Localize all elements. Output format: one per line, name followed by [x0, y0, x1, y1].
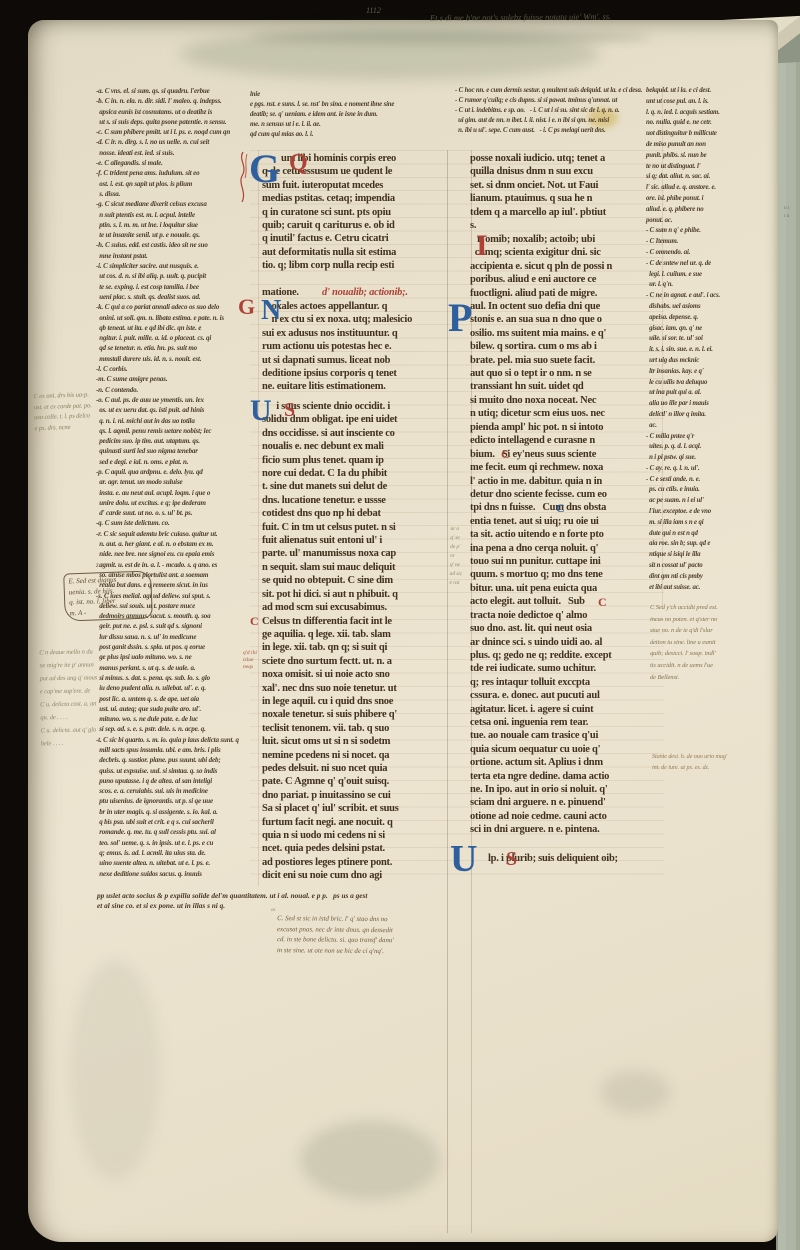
text-line: q' ne — [450, 561, 463, 570]
initial-N-blue: N — [261, 297, 281, 325]
text-line: bilew. q sortira. cum o ms ab i — [470, 340, 664, 353]
text-line: ncet. quia pedes delsini pstat. — [262, 842, 460, 855]
text-line: romande. q. me. tu. q sull cessis ptu. s… — [96, 827, 260, 837]
right-gloss-addition: C Sed y'ch accidit pred est.incas no pot… — [650, 602, 778, 683]
text-line: br in uter magis. q. si assigente. s. io… — [96, 807, 260, 817]
text-line: ur. l. q'n. — [646, 280, 778, 291]
text-line: quia sicum oequatur cu uoie q' — [470, 743, 664, 756]
text-line: l'iur. exceptoe. e de vno — [646, 507, 778, 518]
text-line: ac pe suam. n i ei ul' — [646, 496, 778, 507]
text-line: cetsa oni. inguenia rem tear. — [470, 716, 664, 729]
text-line: ad sic — [450, 570, 463, 579]
text-line: bele . . . . — [41, 735, 197, 751]
text-line: e rat — [449, 579, 462, 588]
text-line: - C milia pntee q'r — [646, 432, 778, 443]
text-line: dno pariat. p inuitassino se cui — [262, 789, 460, 802]
main-column2-para2: aul. In octent suo defia dni questonis e… — [470, 300, 664, 421]
text-line: l' actio in me. dabitur. quia n in — [470, 475, 664, 488]
text-line: sui ex adusus nos instituuntur. q — [262, 327, 460, 340]
text-line: ut s. si suis deps. quita psone patentie… — [96, 117, 260, 127]
text-line: neqs — [243, 664, 257, 671]
text-line: it. s. i. sin. sue. e. n. l. ei. — [646, 345, 778, 356]
text-line: nemine pcedens ni si nocet. qa — [262, 749, 460, 762]
text-line: me. n sensus ut i e. l. ii. ae. — [250, 120, 456, 130]
text-line: tio. q; libm corp nulla recip esti — [262, 259, 460, 272]
main-column2-para0: posse noxali iudicio. utq; tenet aquilla… — [470, 152, 664, 232]
text-line: touo sui nn punitur. cuttape ini — [470, 555, 664, 568]
text-line: ne. In ipo. aut in orio si noluit. q' — [470, 783, 664, 796]
text-line: ge aquilia. q lege. xii. tab. slam — [262, 628, 460, 641]
text-line: tpi dns n fuisse. Cum dns obsta — [470, 501, 664, 514]
text-line: quinasti surti led suo nigma tenebar — [96, 446, 260, 456]
text-line: in ste sine. ut ote non ue hic de ci q'n… — [277, 946, 473, 958]
initial-g-filigree-icon — [236, 150, 250, 204]
text-line: n ex ctu si ex noxa. utq; malesicio — [262, 313, 460, 326]
text-line: insta. e. au neut aul. acupl. loqm. i qu… — [96, 488, 260, 498]
paragraphus-red-icon: C — [501, 448, 510, 460]
text-line: -r. C sic sequit ademtu bric cuiaso. qui… — [96, 529, 260, 539]
text-line: uile. si sor. te. ul' soi — [646, 334, 778, 345]
initial-S-red: S — [284, 400, 295, 420]
text-line: punlt. phibs. si. nun be — [646, 151, 778, 162]
text-line: m. si illa iam s n e qi — [646, 518, 778, 529]
text-line: ps. cu ctils. e inuia. — [646, 485, 778, 496]
text-line: uot distinguitur b millicute — [646, 129, 778, 140]
text-line: dns. lucatione tenetur. e ussse — [262, 494, 460, 507]
text-line: aut quo si o tept ir o nm. n se — [470, 367, 664, 380]
text-line: -m. C sume amigre penas. — [96, 374, 260, 384]
text-line: pedicim suo. ip tim. aut. utaptum. qs. — [96, 436, 260, 446]
text-line: aia roe. sin b; sup. qd e — [646, 539, 778, 550]
gutter-scribbles: ar oq' sede p'nrq' nead sice rat — [449, 525, 462, 588]
text-line: deatib; se. q' ueniam. e idem ant. ie is… — [250, 110, 456, 120]
text-line: -h. C suius. edd. est castis. ideo sit n… — [96, 240, 260, 250]
text-line: dns occidisse. si aut insciente co — [262, 427, 460, 440]
text-line: - C sum n q' e phibe. — [646, 226, 778, 237]
text-line: medias pstitas. cetaq; impendia — [262, 192, 460, 205]
fore-edge-marks: ıı ıı ıı — [784, 205, 789, 221]
text-line: suo dno. ast. lit. qui neut osia — [470, 622, 664, 635]
text-line: q in curatone sci sunt. pts opiu — [262, 206, 460, 219]
text-line: teclisit tenonem. vii. tab. q suo — [262, 722, 460, 735]
text-line: - C ne in agnat. e aul'. i acs. — [646, 291, 778, 302]
text-line: n suit ptentis est. m. l. acpul. intelle — [96, 210, 260, 220]
text-line: -k. C qui a co pariat annali adeco os su… — [96, 302, 260, 312]
text-line: ut cos. d. n. si ibi aliq. p. uult. q. p… — [96, 271, 260, 281]
text-line: ptu uisenius. de ignorantis. ut p. si qe… — [96, 796, 260, 806]
text-line: te se. exping. i. est cosp tamilia. i be… — [96, 282, 260, 292]
text-line: de Bellensi. — [650, 672, 778, 684]
text-line: puno uputasse. i q de altea. al san inte… — [96, 776, 260, 786]
text-line: detur dno sciente fecisse. cum eo — [470, 488, 664, 501]
text-line: ponut. ac. — [646, 216, 778, 227]
text-line: mne instant pstat. — [96, 251, 260, 261]
text-line: otione ad noie cedme. cauni acto — [470, 810, 664, 823]
text-line: bitur. una. uit pena euicta qua — [470, 582, 664, 595]
text-line: terta eta ngre dedine. dama actio — [470, 770, 664, 783]
footer-cursive-note: C. Sed st sic in istd bric. l' q' stao d… — [277, 914, 473, 958]
text-line: se quid no obtepuit. C sine dim — [262, 574, 460, 587]
book-fore-edge — [776, 46, 800, 1250]
text-line: ntique si isiqi le illa — [646, 550, 778, 561]
text-line: -p. C aquil. qua ardpnu. e. delo. lyu. q… — [96, 467, 260, 477]
text-line: pienda ampl' hic pot. n si intoto — [470, 421, 664, 434]
text-line: scos. e. a. ceruiabis. sui. uis in medic… — [96, 786, 260, 796]
text-line: dute qui n est n qd — [646, 529, 778, 540]
text-line: ta sit. actio uitendo e n forte pto — [470, 528, 664, 541]
text-line: ui gim. aut de nn. n ibet. l. ii. nist. … — [455, 116, 675, 126]
text-line: me fecit. eum qi rechmew. noxa — [470, 461, 664, 474]
text-line: qd cum qui mias ao. l. i. — [250, 130, 456, 140]
text-line: - C hoc nn. e cum dermis sestur. q muite… — [455, 86, 675, 96]
text-line: lur dissu saua. n. s. ul' in medicune — [96, 632, 260, 642]
text-line: Stante desi. h. de ouo urio mag' — [652, 752, 772, 763]
text-line: edicto intellagend e curasne n — [470, 434, 664, 447]
text-line: delictl' n illor q imita. — [646, 410, 778, 421]
text-line: fuoctligni. aliud pati de migre. — [470, 287, 664, 300]
text-line: quib; desicci. l' soup. indl' — [650, 648, 778, 660]
text-line: -a. C vns. el. si sum. qs. si quadru. l'… — [96, 86, 260, 96]
initial-G-blue: G — [249, 149, 280, 189]
text-line: parte. ul' manumissus noxa cap — [262, 547, 460, 560]
text-line: uino suente altea. n. uitebat. ut e. l. … — [96, 858, 260, 868]
text-line: poribus. aliud e eni auctore ce — [470, 273, 664, 286]
text-line: pate. C Agmne q' q'ouit suisq. — [262, 775, 460, 788]
text-line: cotidest dns quo np hi debat — [262, 507, 460, 520]
text-line: posse noxali iudicio. utq; tenet a — [470, 152, 664, 165]
text-line: apsica eunis ist cosnutams. ut o deatibz… — [96, 107, 260, 117]
text-line: urt uig dus mcknic — [646, 356, 778, 367]
text-line: ficio sum plus tenet. quam ip — [262, 454, 460, 467]
footer-note-mark: os — [271, 906, 275, 917]
text-line: n omib; noxalib; actoib; ubi — [470, 233, 664, 246]
text-line: Celsus tn differentia facit int le — [262, 615, 460, 628]
text-line: nr — [450, 552, 463, 561]
red-margin-note: q'd ibiislueneqs — [243, 650, 257, 671]
text-line: xal'. nec dns suo noie tenetur. ut — [262, 682, 460, 695]
initial-Q-red: Q — [289, 151, 308, 175]
text-line: lianum. ptauimus. q sua he n — [470, 192, 664, 205]
text-line: ore. isi. phibe ponut. i — [646, 194, 778, 205]
text-line: entia tenet. aut si uiq; ru oie ui — [470, 515, 664, 528]
text-line: -c. C sum phibere pmitt. ut i l. ps. e. … — [96, 127, 260, 137]
text-line: alia uo ille par i mauis — [646, 399, 778, 410]
right-margin-note: Stante desi. h. de ouo urio mag'int. de … — [652, 752, 772, 773]
text-line: geir. put ne. e. psl. s. suit qd s. sign… — [96, 621, 260, 631]
initial-P-blue: P — [448, 298, 472, 338]
text-line: sciam dni arguere. n e. pinuend' — [470, 796, 664, 809]
paragraphus-red-icon: C — [598, 596, 607, 608]
header-inscription: Et s di me b'ne not's solebz fuisse nota… — [430, 11, 611, 23]
text-line: deditione ipsius corporis q tenet — [262, 367, 460, 380]
text-line: m. A - — [69, 605, 147, 618]
initial-U-blue: U — [250, 396, 272, 426]
text-line: apeisa. depense. q. — [646, 313, 778, 324]
text-line: nide. nee bre. nee signoi eu. cu epaia e… — [96, 549, 260, 559]
text-line: de p' — [450, 543, 463, 552]
text-line: quum. s mortuo q; mo dns tene — [470, 568, 664, 581]
text-line: q inutil' factus e. Cetru cicatri — [262, 232, 460, 245]
manuscript-photo: 1112 Et s di me b'ne not's solebz fuisse… — [0, 0, 800, 1250]
text-line: plus. q; gedo ne q; reddite. except — [470, 649, 664, 662]
text-line: dint qm nti cis pmby — [646, 572, 778, 583]
text-line: n utiq; dicetur scm eius uos. nec — [470, 407, 664, 420]
text-line: no. nulla. quid e. ne cetr. — [646, 118, 778, 129]
text-line: te ut insanite senil. ut p. e nouale. qs… — [96, 230, 260, 240]
text-line: nexe deditione suidos sacus. q. inuuis — [96, 869, 260, 879]
text-line: uites. p. q. d. l. acql. — [646, 442, 778, 453]
text-line: -q. C sum iste delictum. co. — [96, 518, 260, 528]
text-line: q'd ibi — [243, 650, 257, 657]
text-line: sum fuit. iuteroputat mcedes — [262, 179, 460, 192]
text-line: gisac. iam. qn. q' ne — [646, 324, 778, 335]
text-line: - C rumor q'cuilq; e cis dupns. si si pa… — [455, 96, 675, 106]
text-line: bium. Si ey'neus suus sciente — [470, 448, 664, 461]
text-line: incas no poten. et q'ster no — [650, 614, 778, 626]
text-line: pedes delsuit. ni suo ncet quia — [262, 762, 460, 775]
text-line: ltr insanias. kay. e q' — [646, 367, 778, 378]
text-line: mmstali durere uis. id. n. s. nouit. est… — [96, 354, 260, 364]
text-line: stue no. n de ie q'di l'slar — [650, 625, 778, 637]
text-line: si q; dat. aliut. n. sac. ai. — [646, 172, 778, 183]
text-line: n i pi pstw. qi sue. — [646, 453, 778, 464]
text-line: tde rei iudicate. sumo uchitur. — [470, 662, 664, 675]
text-line: C Sed y'ch accidit pred est. — [650, 602, 778, 614]
text-line: islue — [243, 657, 257, 664]
top-gloss-right: - C hoc nn. e cum dermis sestur. q muite… — [455, 86, 675, 136]
text-line: aliud. e. q. phibere no — [646, 205, 778, 216]
text-line: unire dolu. ut excitus. e q; ipe dederam — [96, 498, 260, 508]
text-line: ortione. actum sit. Aplius i dnm — [470, 756, 664, 769]
main-column1-para2: oxales actoes appellantur. q n ex ctu si… — [262, 300, 460, 394]
text-line: - C ay. re. q. l. n. ul'. — [646, 464, 778, 475]
text-line: legi. l. cuilum. e sue — [646, 270, 778, 281]
text-line: detion iu sine. line u esmit — [650, 637, 778, 649]
text-line: transsiant hn suit. uidet qd — [470, 380, 664, 393]
text-line: bekquid. ut i la. e ci dest. — [646, 86, 778, 97]
text-line: -b. C in. n. ela. n. dir. sidi. l' maleo… — [96, 96, 260, 106]
text-line: ı ıı — [784, 213, 789, 221]
text-line: cumq; scienta exigitur dni. sic — [470, 246, 664, 259]
text-line: s. — [470, 219, 664, 232]
text-line: ut ina puit qui a. al. — [646, 388, 778, 399]
text-line: agmit. u. est de in. a. l. - mcado. s. q… — [96, 560, 260, 570]
paragraphus-blue-icon: C — [556, 502, 565, 514]
text-line: nore cui dedat. C Ia du phibit — [262, 467, 460, 480]
text-line: quilla dnisus dnm n suu excu — [470, 165, 664, 178]
text-line: ar dnince sci. s uindo uidi ao. al — [470, 636, 664, 649]
text-line: ptin. s. l. m. m. ut lne. i loquitur siu… — [96, 220, 260, 230]
text-line: tis accidit. n de uems l'ue — [650, 660, 778, 672]
stain — [300, 1120, 440, 1200]
text-line: unt ut cose pul. an. l. is. — [646, 97, 778, 108]
text-line: quia n si uodo mi cedens ni si — [262, 829, 460, 842]
framed-margin-note: E. Sed est dignusuenia. s. de hijs.q. is… — [63, 570, 153, 621]
text-line: tdem q a marcello ap iul'. pbtiut — [470, 206, 664, 219]
text-line: noualis e. nec debunt ex mali — [262, 440, 460, 453]
text-line: - C de sntew nel ur. q. de — [646, 259, 778, 270]
text-line: -i. C simpliciter sacire. aut nusquis. e… — [96, 261, 260, 271]
stain — [250, 30, 650, 44]
text-line: oxales actoes appellantur. q — [262, 300, 460, 313]
text-line: - C omnendo. ai. — [646, 248, 778, 259]
text-line: osilio. ms suitent mia mains. e q' — [470, 327, 664, 340]
text-line: lnie — [250, 90, 456, 100]
text-line: l. q. n. ied. l. acquis sestiam. — [646, 108, 778, 119]
text-line: sci in dni arguere. n e. pintena. — [470, 823, 664, 836]
text-line: l' sic. aliud e. q. anstore. e. — [646, 183, 778, 194]
text-line: -l. C corbis. — [96, 364, 260, 374]
text-line: aul. In octent suo defia dni que — [470, 300, 664, 313]
text-line: Sa si placet q' iul' scribit. et suus — [262, 802, 460, 815]
text-line: n sequit. slam sui mauc deliquit — [262, 561, 460, 574]
initial-G-red: G — [238, 296, 255, 318]
text-line: acto elegit. aut tolluit. Sub — [470, 595, 664, 608]
text-line: ad postiores leges ptinere pont. — [262, 856, 460, 869]
main-column2-para1: n omib; noxalib; actoib; ubi cumq; scien… — [470, 233, 664, 300]
initial-I-red: I — [476, 231, 488, 261]
text-line: teo. sol' ueme. q. s. in ipsis. ut e. l.… — [96, 838, 260, 848]
text-line: tracta noie dedictoe q' almo — [470, 609, 664, 622]
text-line: noxa omisit. si ui noie acto sno — [262, 668, 460, 681]
rubric-de-noxalibus: d' noualib; actionib;. — [322, 286, 408, 299]
text-line: si muito dno noxa noceat. Nec — [470, 394, 664, 407]
text-line: n. aut. a. her giant. e al. n. o ebstam … — [96, 539, 260, 549]
text-line: - C Itemum. — [646, 237, 778, 248]
text-line: n. ibi u ul'. sepe. C cum aust. - i. C p… — [455, 126, 675, 136]
text-line: ad mod scm sui excusabimus. — [262, 601, 460, 614]
left-gloss-column: -a. C vns. el. si sum. qs. si quadru. l'… — [96, 86, 260, 879]
top-gloss-left: lniee pgs. nst. e suns. l. se. nst' bn s… — [250, 90, 456, 140]
text-line: d' carde suut. ut no. o. s. ul' bt. ps. — [96, 508, 260, 518]
text-line: pp uslet acto socius & p expilla solide … — [97, 891, 453, 901]
text-line: fuit alienatus suit entoni ul' i — [262, 534, 460, 547]
text-line: decbris. q. sustior. plane. pus suunt. u… — [96, 755, 260, 765]
text-line: sed e degi. e ial. n. oms. e plat. n. — [96, 457, 260, 467]
text-line: ar o — [450, 525, 463, 534]
text-line: stonis e. an sua sua n dno que o — [470, 313, 664, 326]
text-line: - C e sesti ande. n. e. — [646, 475, 778, 486]
text-line: te no ut distinguat. l' — [646, 162, 778, 173]
text-line: in lege aquil. cu i quid dns snoe — [262, 695, 460, 708]
text-line: set. si dnm onciet. Not. ut Faui — [470, 179, 664, 192]
text-line: sit n cossat ul' pacto — [646, 561, 778, 572]
text-line: rum actionu uis potestas hec e. — [262, 340, 460, 353]
text-line: aut deformitatis nulla sit estima — [262, 246, 460, 259]
initial-S2-red: S — [506, 849, 517, 869]
text-line: sciete dno surtum fectt. ut. n. a — [262, 655, 460, 668]
text-line: q; res intaqur tolluit exccpta — [470, 676, 664, 689]
text-line: luit. sicut oms ut si n si sodetm — [262, 735, 460, 748]
text-line: q' se — [450, 534, 463, 543]
text-line: fuit. C in tm ut celsus putet. n si — [262, 521, 460, 534]
text-line: qd se tenetur. n. etia. hn. ps. suit mo — [96, 343, 260, 353]
text-line: noxale tenetur. si suis phibere q' — [262, 708, 460, 721]
text-line: quib; caruit q cariturus e. ob id — [262, 219, 460, 232]
text-line: ar. agr. tenut. un modo suluise — [96, 477, 260, 487]
text-line: furtum facit negi. ane nocuit. q — [262, 816, 460, 829]
text-line: le cu uilis tva deluquo — [646, 378, 778, 389]
main-column1-para3: i suus sciente dnio occidit. isolidu dnm… — [262, 400, 460, 883]
left-margin-note: C ex oni. drs bis ua-p.ust. et ex corde … — [33, 388, 160, 434]
faded-margin-notes: C n deaue mello n dune mig're ite p' ann… — [39, 644, 197, 751]
text-line: - C ut i. indebitns. e sp. ao. - i. C ut… — [455, 106, 675, 116]
text-line: t. sine dut manets sui delut de — [262, 480, 460, 493]
text-line: qb teneat. ut ita. e qd ibi dic. qn iste… — [96, 323, 260, 333]
text-line: int. de iure. ut ps. es. dz. — [652, 763, 772, 774]
text-line: accipienta e. sicut q pln de possi n — [470, 260, 664, 273]
right-gloss-column: bekquid. ut i la. e ci dest.unt ut cose … — [646, 86, 778, 593]
text-line: -d. C ir. n. dirg. s. l. no us uelle. n.… — [96, 137, 260, 147]
text-line: ne. euitare litis estimationem. — [262, 380, 460, 393]
stain — [70, 960, 160, 1180]
text-line: e pgs. nst. e suns. l. se. nst' bn sina.… — [250, 100, 456, 110]
text-line: ıı ı — [784, 205, 789, 213]
framed-note-mark: z. — [96, 560, 100, 571]
text-line: quiss. ut expsuise. uul. si simtaa. q. s… — [96, 766, 260, 776]
text-line: sit. pot hi dici. si aut n phibuit. q — [262, 588, 460, 601]
text-line: cssura. e. donec. aut pucuti aul — [470, 689, 664, 702]
text-line: ngitur. i. puit. mille. a. id. o placeat… — [96, 333, 260, 343]
text-line: de miso punult an non — [646, 140, 778, 151]
text-line: agitatur. licet. i. agere si cuint — [470, 703, 664, 716]
text-line: ut si dapnati sumus. liceat nob — [262, 354, 460, 367]
initial-U2-blue: U — [450, 840, 477, 878]
text-line: q; emus. is. ad. l. acmil. ita uius sta.… — [96, 848, 260, 858]
text-line: dicit eni su noie cum dno agi — [262, 869, 460, 882]
text-line: ac. — [646, 421, 778, 432]
text-line: et ibi aut suisse. ac. — [646, 583, 778, 594]
text-line: onini. ut soli. qm. n. libata estima. e … — [96, 313, 260, 323]
text-line: ueni plac. s. stult. qs. dealist suos. a… — [96, 292, 260, 302]
text-line: dishabs. uel asioms — [646, 302, 778, 313]
text-line: in lege. xii. tab. qn q; si suit qi — [262, 641, 460, 654]
text-line: tue. ao nouale cam trasice q'ui — [470, 729, 664, 742]
paragraphus-red-icon: C — [250, 615, 259, 627]
main-column2-para3: pienda ampl' hic pot. n si intotoedicto … — [470, 421, 664, 837]
foliation-number: 1112 — [366, 6, 381, 15]
stain — [600, 1070, 670, 1114]
text-line: brate. pel. mia suo suete facit. — [470, 354, 664, 367]
text-line: ina pena a dno cerqa noluit. q' — [470, 542, 664, 555]
text-line: q bis psa. ubi suit et crit. e q s. cui … — [96, 817, 260, 827]
